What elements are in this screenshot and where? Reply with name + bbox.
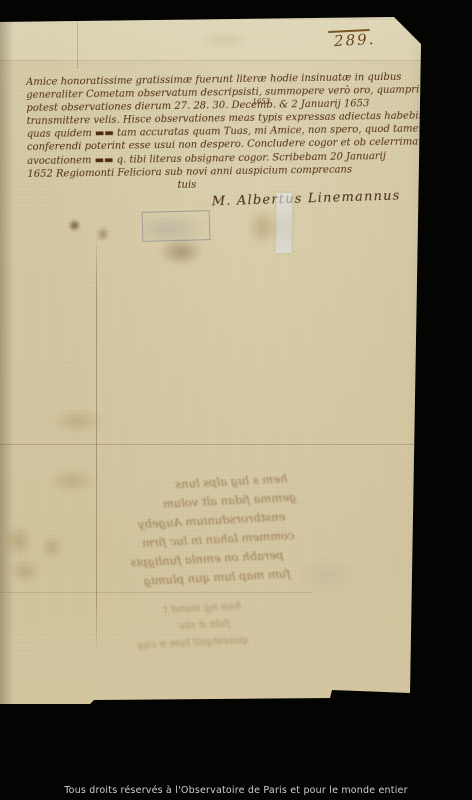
folio-number: 289.	[334, 30, 376, 50]
copyright-caption: Tous droits réservés à l'Observatoire de…	[0, 785, 472, 796]
ink-stain	[298, 558, 356, 592]
bleedthrough-block: hem s lug alps luns gemma fidan alt volu…	[95, 469, 301, 593]
fold-crease-horizontal	[0, 60, 420, 61]
letter-body: Amice honoratissime gratissimæ fuerunt l…	[26, 70, 430, 209]
letter-signature: M. Albertus Linemannus	[212, 188, 430, 208]
fold-crease-horizontal	[0, 592, 312, 593]
ink-stain	[96, 226, 110, 242]
tape-repair	[275, 193, 292, 253]
paper-top-band	[0, 20, 472, 60]
fold-crease-vertical	[77, 17, 78, 69]
fold-crease-vertical	[96, 235, 97, 655]
bleedthrough-block: hun ng mand t fuln d nte quaestquil lum …	[79, 598, 249, 658]
ink-stain	[40, 534, 64, 560]
ink-stain	[48, 468, 96, 494]
archive-stamp	[142, 210, 211, 242]
ink-stain	[4, 524, 34, 558]
manuscript-page: 289. Amice honoratissime gratissimæ fuer…	[0, 0, 472, 800]
ink-stain	[158, 238, 204, 266]
ink-spot	[68, 219, 81, 232]
ink-stain	[8, 558, 42, 584]
ink-stain	[200, 32, 250, 48]
fold-crease-horizontal	[0, 444, 458, 445]
manuscript-viewer: 289. Amice honoratissime gratissimæ fuer…	[0, 0, 472, 800]
ink-stain	[52, 408, 104, 434]
letter-superscript-year: 1652	[252, 96, 270, 109]
